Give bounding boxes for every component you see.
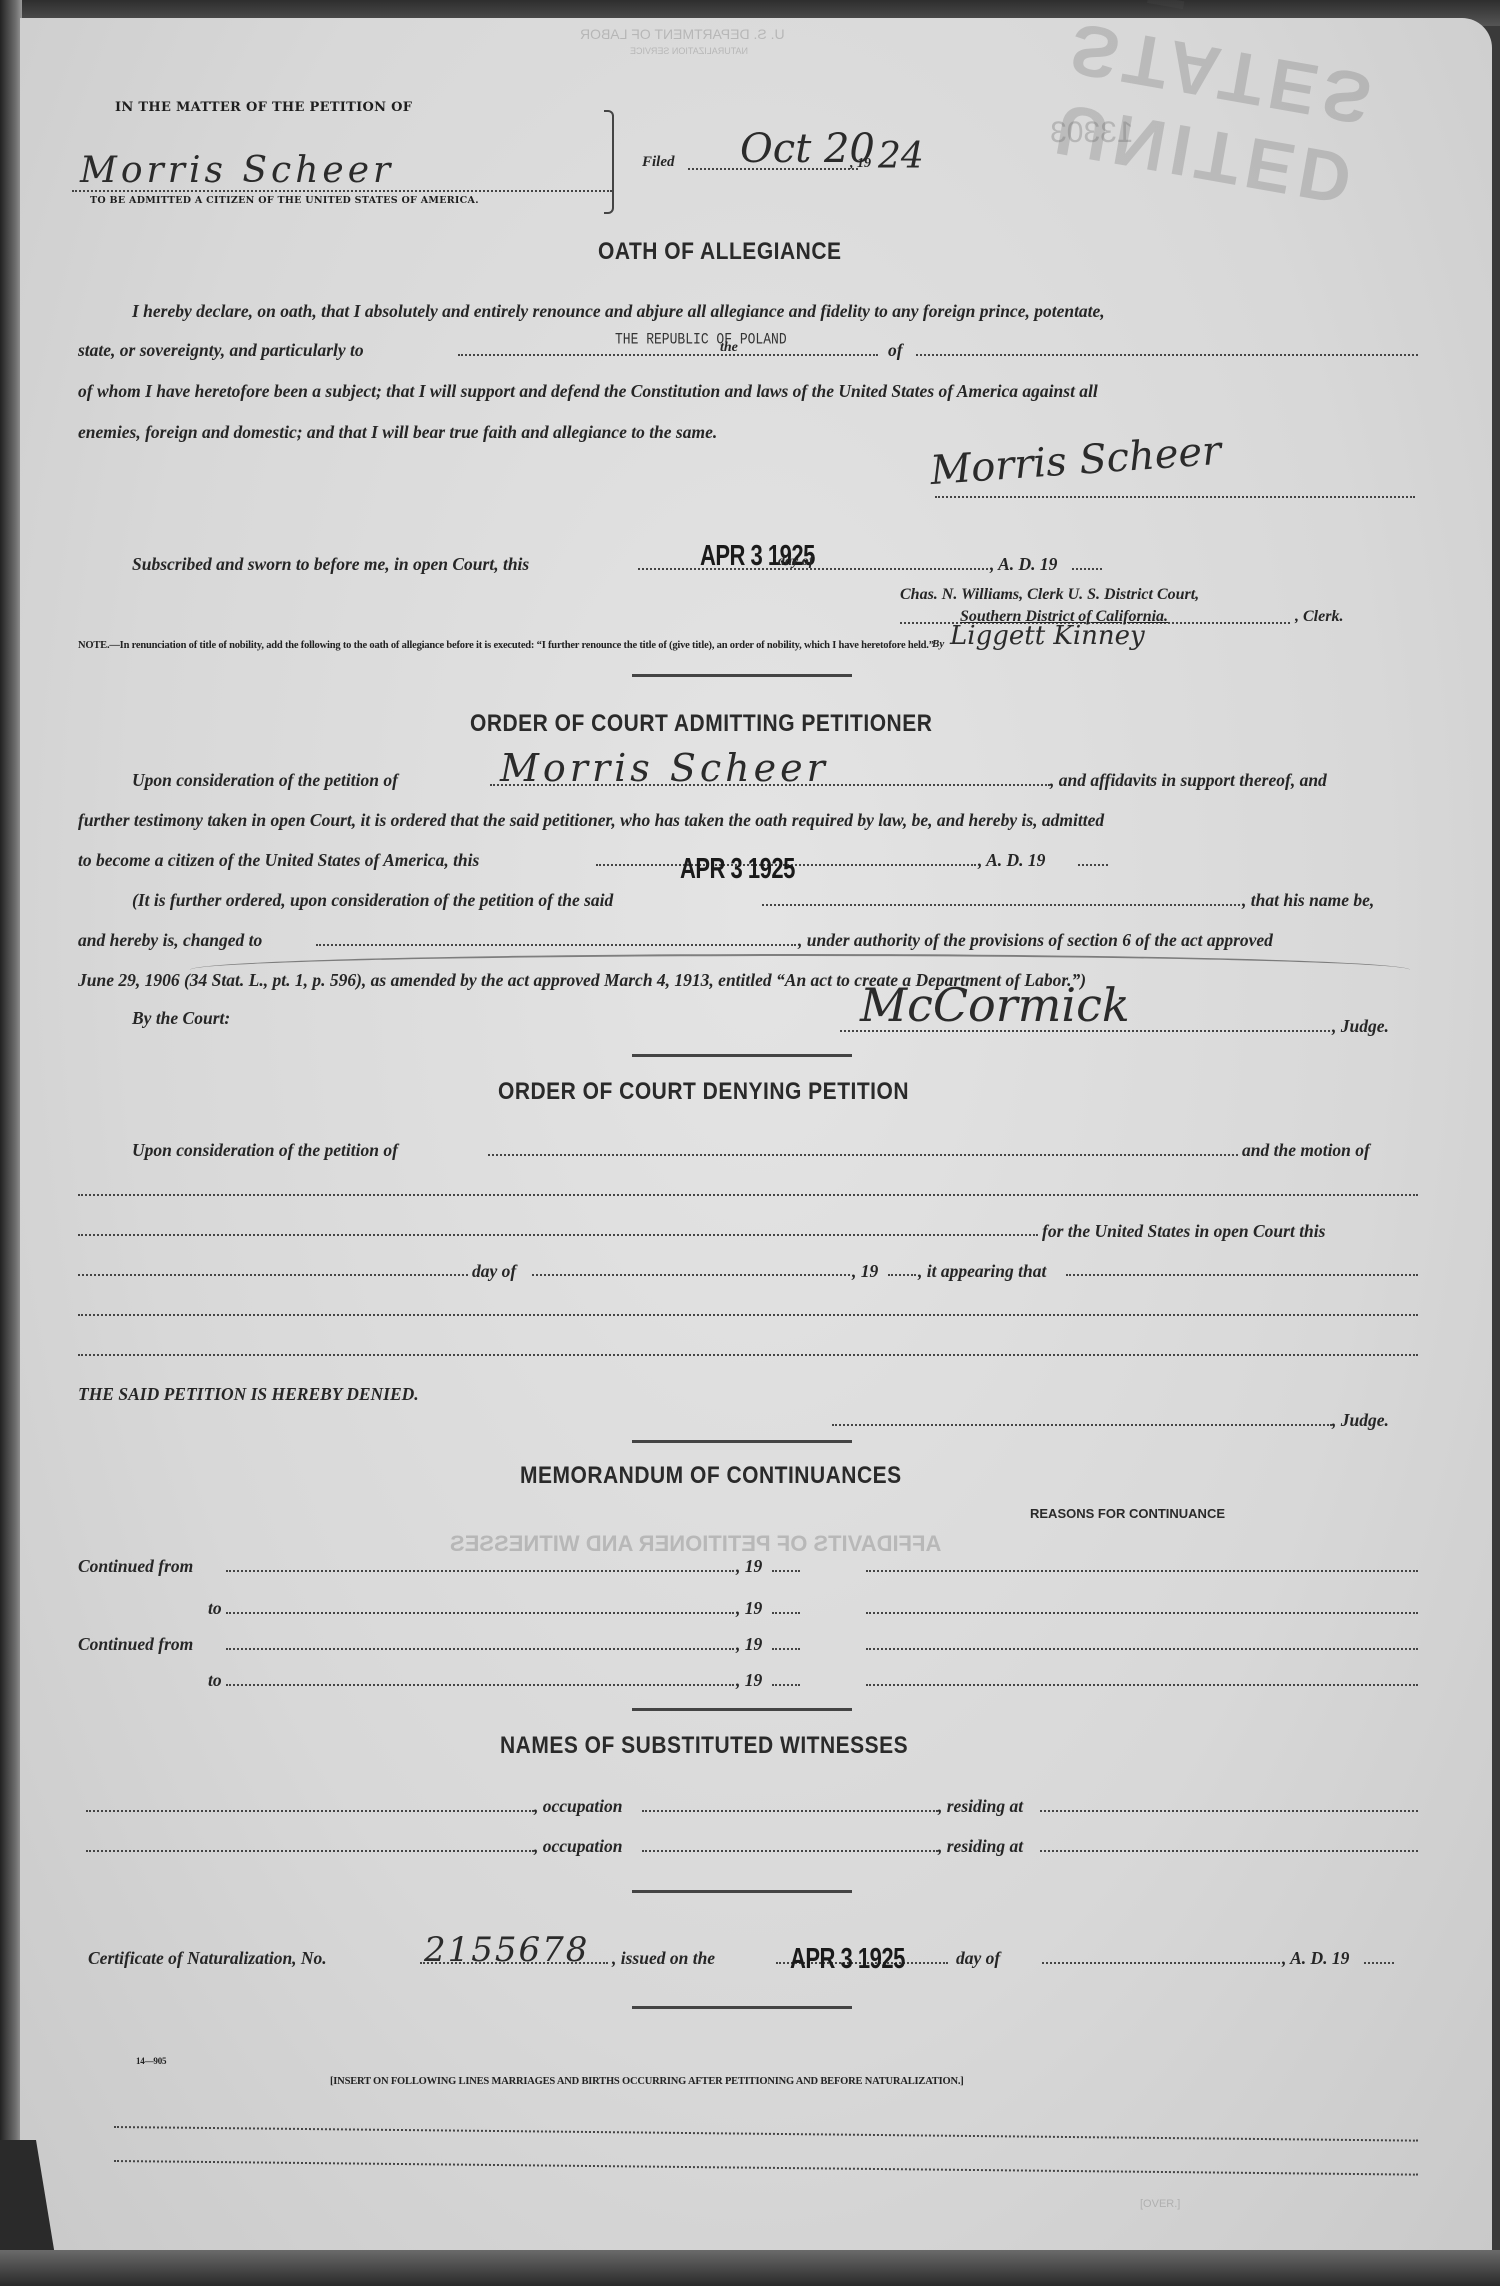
- denying-line-5: [78, 1314, 1418, 1316]
- denying-month-line: [532, 1274, 850, 1276]
- judge-signature: McCormick: [860, 978, 1130, 1032]
- judge-suffix: , Judge.: [1332, 1016, 1389, 1037]
- continuance-row-3-year: , 19: [736, 1634, 762, 1655]
- section-divider: [632, 1890, 852, 1893]
- scan-frame-bottom: [0, 2250, 1500, 2286]
- witness-1-residing-label: , residing at: [938, 1796, 1023, 1817]
- admitting-line-4-start: (It is further ordered, upon considerati…: [132, 890, 613, 911]
- section-divider: [632, 1708, 852, 1711]
- section-divider: [632, 674, 852, 677]
- petition-number: 13303: [1050, 116, 1133, 150]
- continuance-row-4-date[interactable]: [226, 1684, 734, 1686]
- section-divider: [632, 1440, 852, 1443]
- admitting-date-stamp: APR 3 1925: [680, 852, 795, 886]
- ghost-affidavits-heading: AFFIDAVITS OF PETITIONER AND WITNESSES: [450, 1531, 941, 1557]
- witness-2-residence[interactable]: [1040, 1850, 1418, 1852]
- witness-1-occupation-label: , occupation: [534, 1796, 622, 1817]
- denying-judge-line: [832, 1424, 1332, 1426]
- continuance-row-1-year: , 19: [736, 1556, 762, 1577]
- scan-frame-left: [0, 0, 22, 2286]
- insert-note: [INSERT ON FOLLOWING LINES MARRIAGES AND…: [330, 2076, 964, 2087]
- petition-denied: THE SAID PETITION IS HEREBY DENIED.: [78, 1384, 419, 1405]
- certificate-number: 2155678: [424, 1930, 589, 1970]
- continuances-title: MEMORANDUM OF CONTINUANCES: [520, 1462, 902, 1490]
- sovereign-of-line: [916, 354, 1418, 356]
- admitting-year-line: [1078, 864, 1108, 866]
- oath-line-4: enemies, foreign and domestic; and that …: [78, 422, 717, 443]
- denying-judge-suffix: , Judge.: [1332, 1410, 1389, 1431]
- continuance-row-4-year-line: [772, 1684, 800, 1686]
- section-divider: [632, 1054, 852, 1057]
- denying-day-line: [78, 1274, 468, 1276]
- signature-line: [935, 496, 1415, 498]
- continuance-row-2-reason[interactable]: [866, 1612, 1418, 1614]
- ghost-service: NATURALIZATION SERVICE: [630, 46, 748, 56]
- continuance-row-4-year: , 19: [736, 1670, 762, 1691]
- filed-year: 24: [878, 136, 924, 177]
- filed-label: Filed: [642, 154, 675, 171]
- continuance-row-3-date[interactable]: [226, 1648, 734, 1650]
- continuance-row-3-label: Continued from: [78, 1634, 193, 1655]
- admitting-line-3-end: , A. D. 19: [978, 850, 1045, 871]
- denying-line-2: [78, 1194, 1418, 1196]
- continuance-row-1-reason[interactable]: [866, 1570, 1418, 1572]
- oath-of: of: [888, 340, 903, 361]
- nobility-note: NOTE.—In renunciation of title of nobili…: [78, 640, 934, 651]
- denying-petitioner-line: [488, 1154, 1238, 1156]
- certificate-year-line: [1364, 1962, 1394, 1964]
- subscribed-text: Subscribed and sworn to before me, in op…: [132, 554, 529, 575]
- admitting-line-3-start: to become a citizen of the United States…: [78, 850, 479, 871]
- admitting-line-1-start: Upon consideration of the petition of: [132, 770, 398, 791]
- continuance-row-2-label: to: [208, 1598, 222, 1619]
- insert-line-1[interactable]: [114, 2126, 1418, 2142]
- subscribed-ad-year: , A. D. 19: [990, 554, 1057, 575]
- continuance-row-2-date[interactable]: [226, 1612, 734, 1614]
- section-divider: [632, 2006, 852, 2009]
- insert-line-2[interactable]: [114, 2160, 1418, 2176]
- changed-to-line: [316, 944, 796, 946]
- header-bracket: [604, 110, 614, 214]
- deputy-signature: Liggett Kinney: [950, 621, 1145, 651]
- oath-line-2-start: state, or sovereignty, and particularly …: [78, 340, 364, 361]
- deputy-by: By: [932, 638, 944, 650]
- clerk-suffix: , Clerk.: [1295, 608, 1343, 626]
- denying-line-1-start: Upon consideration of the petition of: [132, 1140, 398, 1161]
- denying-year: , 19: [852, 1261, 878, 1282]
- continuance-row-2-year-line: [772, 1612, 800, 1614]
- witness-2-name[interactable]: [86, 1850, 534, 1852]
- denying-line-1-end: and the motion of: [1242, 1140, 1370, 1161]
- order-denying-title: ORDER OF COURT DENYING PETITION: [498, 1078, 909, 1106]
- reasons-header: REASONS FOR CONTINUANCE: [1030, 1506, 1225, 1521]
- clerk-line-1: Chas. N. Williams, Clerk U. S. District …: [900, 586, 1199, 604]
- continuance-row-1-date[interactable]: [226, 1570, 734, 1572]
- petitioner-name-line: [72, 188, 612, 192]
- witness-1-occupation[interactable]: [642, 1810, 938, 1812]
- certificate-issued-on: , issued on the: [612, 1948, 715, 1969]
- by-the-court: By the Court:: [132, 1008, 230, 1029]
- denying-year-line: [888, 1274, 916, 1276]
- denying-day-of: day of: [472, 1261, 516, 1282]
- continuance-row-1-year-line: [772, 1570, 800, 1572]
- order-admitting-title: ORDER OF COURT ADMITTING PETITIONER: [470, 710, 932, 738]
- ghost-over: [OVER.]: [1140, 2198, 1180, 2210]
- denying-appearing: , it appearing that: [918, 1261, 1046, 1282]
- oath-line-3: of whom I have heretofore been a subject…: [78, 381, 1098, 402]
- judge-line: [840, 1030, 1330, 1032]
- sovereign-filled: THE REPUBLIC OF POLAND: [615, 331, 787, 349]
- petitioner-name-header: Morris Scheer: [80, 150, 394, 191]
- witness-2-occupation-label: , occupation: [534, 1836, 622, 1857]
- subscribed-year-line: [1072, 568, 1102, 570]
- certificate-month-line: [1042, 1962, 1280, 1964]
- oath-the: the: [720, 340, 738, 356]
- continuance-row-1-label: Continued from: [78, 1556, 193, 1577]
- sovereign-line: [458, 354, 878, 356]
- form-number: 14—905: [136, 2056, 166, 2066]
- continuance-row-3-reason[interactable]: [866, 1648, 1418, 1650]
- admitting-line-5-end: , under authority of the provisions of s…: [798, 930, 1273, 951]
- oath-line-1: I hereby declare, on oath, that I absolu…: [132, 301, 1105, 322]
- continuance-row-4-label: to: [208, 1670, 222, 1691]
- filed-year-prefix: , 19: [850, 156, 871, 172]
- certificate-ad-year: , A. D. 19: [1282, 1948, 1349, 1969]
- witness-1-residence[interactable]: [1040, 1810, 1418, 1812]
- admit-caption: TO BE ADMITTED A CITIZEN OF THE UNITED S…: [90, 195, 479, 206]
- document-page: U. S. DEPARTMENT OF LABOR NATURALIZATION…: [20, 18, 1492, 2258]
- denying-line-3-end: for the United States in open Court this: [1042, 1221, 1325, 1242]
- continuance-row-4-reason[interactable]: [866, 1684, 1418, 1686]
- admitting-petitioner-name: Morris Scheer: [500, 746, 829, 790]
- ghost-department: U. S. DEPARTMENT OF LABOR: [580, 26, 785, 42]
- admitting-line-5-start: and hereby is, changed to: [78, 930, 262, 951]
- matter-label: IN THE MATTER OF THE PETITION OF: [115, 100, 412, 115]
- name-change-line: [762, 904, 1240, 906]
- denying-appearing-line: [1066, 1274, 1418, 1276]
- continuance-row-2-year: , 19: [736, 1598, 762, 1619]
- admitting-line-2: further testimony taken in open Court, i…: [78, 810, 1104, 831]
- strike-through-mark: [190, 954, 1410, 986]
- certificate-issued-stamp: APR 3 1925: [790, 1942, 905, 1976]
- admitting-line-1-end: , and affidavits in support thereof, and: [1050, 770, 1327, 791]
- certificate-day-of: day of: [956, 1948, 1000, 1969]
- witnesses-title: NAMES OF SUBSTITUTED WITNESSES: [500, 1732, 908, 1760]
- petitioner-signature: Morris Scheer: [929, 428, 1223, 494]
- denying-line-3: [78, 1234, 1038, 1236]
- continuance-row-3-year-line: [772, 1648, 800, 1650]
- certificate-label: Certificate of Naturalization, No.: [88, 1948, 327, 1969]
- admitting-line-4-end: , that his name be,: [1242, 890, 1374, 911]
- witness-2-occupation[interactable]: [642, 1850, 938, 1852]
- witness-1-name[interactable]: [86, 1810, 534, 1812]
- witness-2-residing-label: , residing at: [938, 1836, 1023, 1857]
- subscribed-day-of: day of: [778, 554, 813, 570]
- oath-title: OATH OF ALLEGIANCE: [598, 238, 842, 266]
- denying-line-6: [78, 1354, 1418, 1356]
